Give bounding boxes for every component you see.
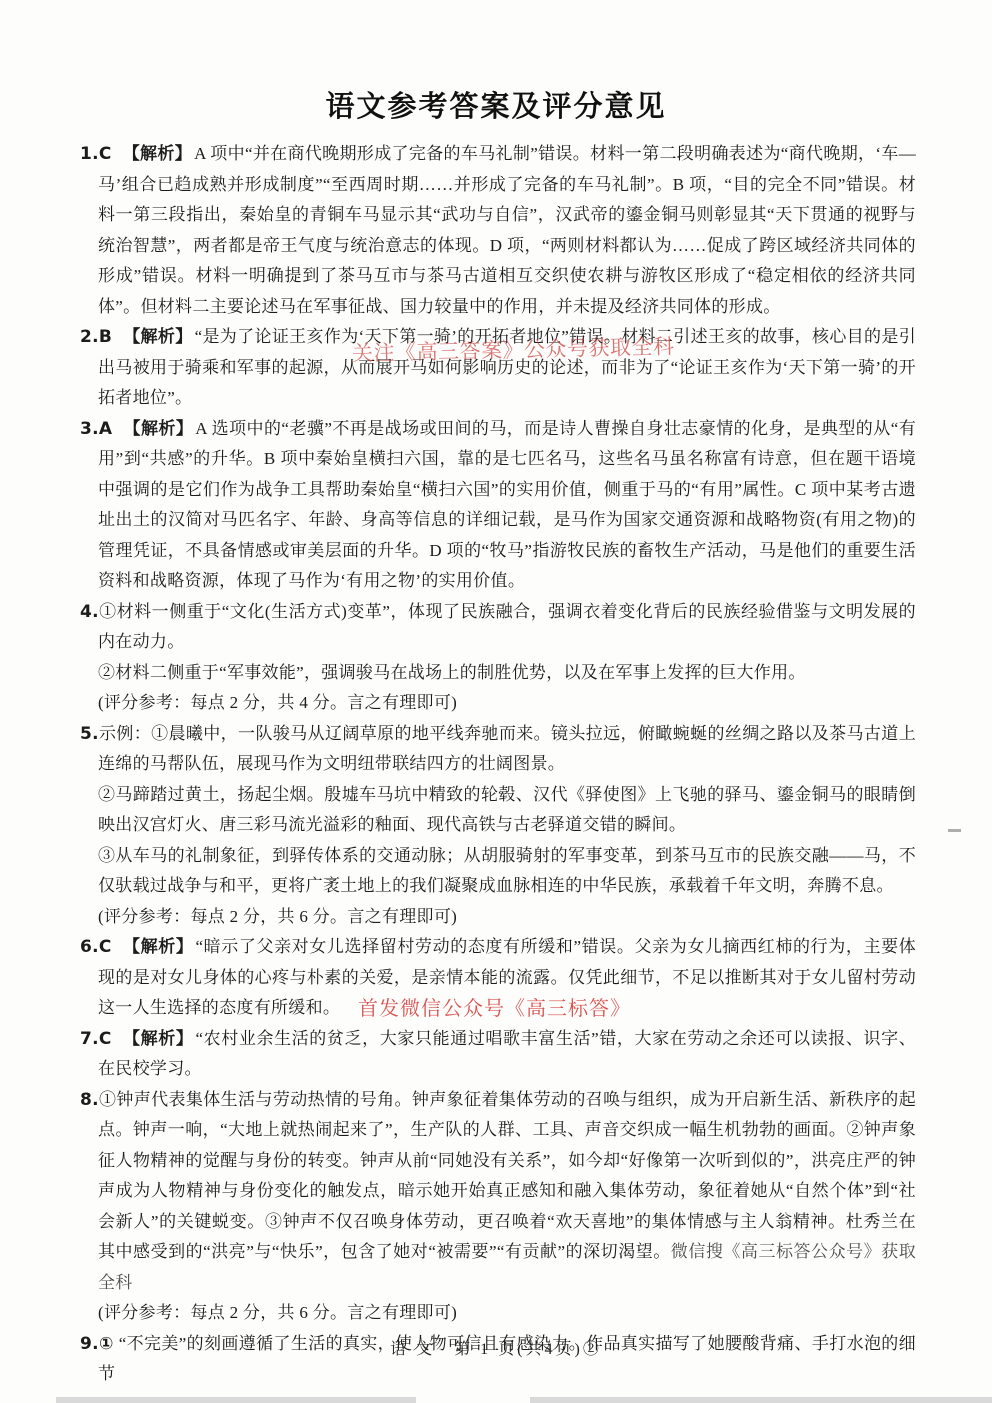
scan-artifact [56, 1397, 416, 1403]
item-text: ①材料一侧重于“文化(生活方式)变革”，体现了民族融合，强调衣着变化背后的民族经… [98, 602, 916, 652]
item-text: “农村业余生活的贫乏，大家只能通过唱歌丰富生活”错，大家在劳动之余还可以读报、识… [98, 1029, 916, 1079]
item-text: A 选项中的“老骥”不再是战场或田间的马，而是诗人曹操自身壮志豪情的化身，是典型… [98, 419, 916, 591]
answer-item-4: 4.①材料一侧重于“文化(生活方式)变革”，体现了民族融合，强调衣着变化背后的民… [80, 597, 916, 719]
scan-edge-mark [948, 829, 961, 832]
answer-content: 1.C【解析】A 项中“并在商代晚期形成了完备的车马礼制”错误。材料一第二段明确… [80, 139, 916, 1390]
scoring-note: (评分参考：每点 2 分，共 6 分。言之有理即可) [80, 1298, 916, 1329]
item-number: 5. [80, 724, 99, 744]
analysis-tag: 【解析】 [123, 327, 192, 347]
page-title: 语文参考答案及评分意见 [0, 0, 992, 125]
item-paragraph: ②马蹄踏过黄土，扬起尘烟。殷墟车马坑中精致的轮毂、汉代《驿使图》上飞驰的驿马、鎏… [80, 780, 916, 841]
item-number: 3.A [80, 419, 112, 439]
item-number: 6.C [80, 937, 112, 957]
item-paragraph: 5.示例：①晨曦中，一队骏马从辽阔草原的地平线奔驰而来。镜头拉远，俯瞰蜿蜒的丝绸… [80, 719, 916, 780]
answer-item-8: 8.①钟声代表集体生活与劳动热情的号角。钟声象征着集体劳动的召唤与组织，成为开启… [80, 1085, 916, 1329]
item-number: 2.B [80, 327, 112, 347]
scoring-note: (评分参考：每点 2 分，共 4 分。言之有理即可) [80, 688, 916, 719]
analysis-tag: 【解析】 [123, 937, 194, 957]
answer-item-2: 2.B【解析】“是为了论证王亥作为‘天下第一骑’的开拓者地位”错误。材料二引述王… [80, 322, 916, 414]
answer-item-1: 1.C【解析】A 项中“并在商代晚期形成了完备的车马礼制”错误。材料一第二段明确… [80, 139, 916, 322]
answer-item-6: 6.C【解析】“暗示了父亲对女儿选择留村劳动的态度有所缓和”错误。父亲为女儿摘西… [80, 932, 916, 1024]
item-text: A 项中“并在商代晚期形成了完备的车马礼制”错误。材料一第二段明确表述为“商代晚… [98, 144, 916, 316]
answer-item-7: 7.C【解析】“农村业余生活的贫乏，大家只能通过唱歌丰富生活”错，大家在劳动之余… [80, 1024, 916, 1085]
item-text: “暗示了父亲对女儿选择留村劳动的态度有所缓和”错误。父亲为女儿摘西红柿的行为，主… [98, 937, 916, 1017]
item-number: 1.C [80, 144, 112, 164]
item-paragraph: ②材料二侧重于“军事效能”，强调骏马在战场上的制胜优势，以及在军事上发挥的巨大作… [80, 658, 916, 689]
item-number: 7.C [80, 1029, 112, 1049]
item-paragraph: ③从车马的礼制象征，到驿传体系的交通动脉；从胡服骑射的军事变革，到茶马互市的民族… [80, 841, 916, 902]
page-footer: 语 文 第 1 页(共4页)② [0, 1336, 992, 1359]
item-text: 示例：①晨曦中，一队骏马从辽阔草原的地平线奔驰而来。镜头拉远，俯瞰蜿蜒的丝绸之路… [98, 724, 916, 774]
item-number: 8. [80, 1090, 99, 1110]
analysis-tag: 【解析】 [123, 1029, 194, 1049]
item-paragraph: 8.①钟声代表集体生活与劳动热情的号角。钟声象征着集体劳动的召唤与组织，成为开启… [80, 1085, 916, 1299]
answer-item-5: 5.示例：①晨曦中，一队骏马从辽阔草原的地平线奔驰而来。镜头拉远，俯瞰蜿蜒的丝绸… [80, 719, 916, 933]
scoring-note: (评分参考：每点 2 分，共 6 分。言之有理即可) [80, 902, 916, 933]
item-number: 4. [80, 602, 99, 622]
analysis-tag: 【解析】 [123, 419, 193, 439]
scan-artifact [530, 1397, 992, 1403]
analysis-tag: 【解析】 [123, 144, 192, 164]
item-text: “是为了论证王亥作为‘天下第一骑’的开拓者地位”错误。材料二引述王亥的故事，核心… [98, 327, 916, 407]
item-text: ①钟声代表集体生活与劳动热情的号角。钟声象征着集体劳动的召唤与组织，成为开启新生… [98, 1090, 916, 1262]
document-page: 语文参考答案及评分意见 1.C【解析】A 项中“并在商代晚期形成了完备的车马礼制… [0, 0, 992, 1403]
item-paragraph: 4.①材料一侧重于“文化(生活方式)变革”，体现了民族融合，强调衣着变化背后的民… [80, 597, 916, 658]
answer-item-3: 3.A【解析】A 选项中的“老骥”不再是战场或田间的马，而是诗人曹操自身壮志豪情… [80, 414, 916, 597]
